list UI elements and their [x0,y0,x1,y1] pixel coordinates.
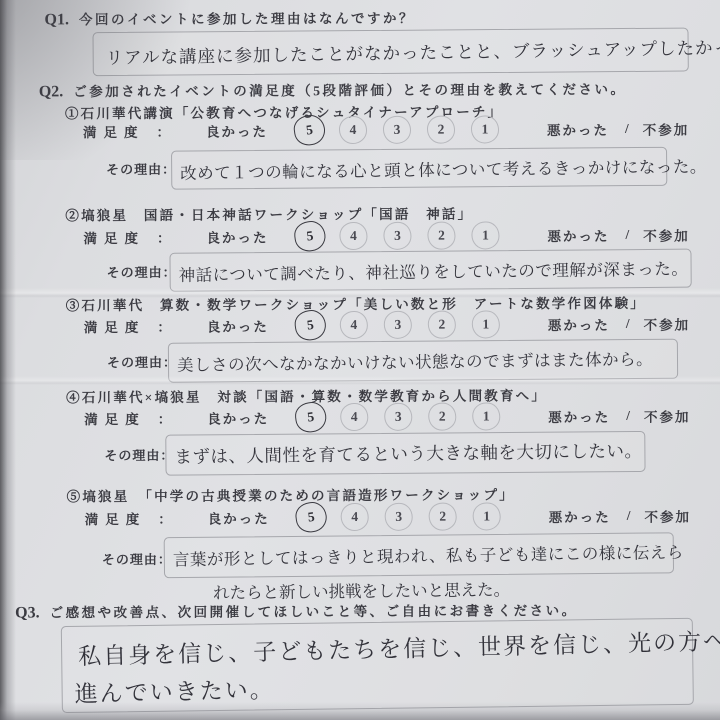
rating-option-5: 5 [292,113,327,147]
separator-slash: / [625,227,629,243]
bad-label: 悪かった [547,225,609,245]
colon: ： [157,227,171,247]
event-2-reason-text: 神話について調べたり、神社巡りをしていたので理解が深まった。 [178,255,688,286]
no-attend-label: 不参加 [644,314,691,334]
event-1-reason-text: 改めて１つの輪になる心と頭と体について考えるきっかけになった。 [180,153,707,184]
rating-option-1: 1 [471,115,499,143]
separator-slash: / [627,508,631,524]
no-attend-label: 不参加 [644,406,691,426]
event-3-reason-label: その理由： [107,352,177,371]
rating-scale: 5 4 3 2 1 [294,114,515,145]
rating-option-3: 3 [384,311,412,339]
q3-label: Q3. [15,604,40,621]
event-3-reason-box: 美しさの次へなかなかいけない状態なのでまずはまた体から。 [168,339,678,383]
rating-option-5: 5 [293,219,328,253]
satisfaction-label: 満足度 [84,408,146,428]
rating-scale: 5 4 3 2 1 [295,309,516,340]
rating-option-5: 5 [294,500,329,534]
rating-option-4: 4 [339,222,367,250]
q1-label: Q1. [44,11,69,28]
rating-option-1: 1 [471,221,499,249]
event-1-reason-label: その理由： [106,159,176,178]
rating-option-3: 3 [385,503,413,531]
bad-label: 悪かった [547,119,609,139]
event-4-reason-text: まずは、人間性を育てるという大きな軸を大切にしたい。 [174,438,642,469]
satisfaction-label: 満足度 [84,316,146,336]
satisfaction-label: 満足度 [85,508,147,528]
colon: ： [156,121,170,141]
survey-photo: Q1.今回のイベントに参加した理由はなんですか？ リアルな講座に参加したことがな… [0,0,720,720]
rating-option-3: 3 [383,222,411,250]
event-4-rating-row: 満足度 ： 良かった 5 4 3 2 1 悪かった / 不参加 [84,401,690,434]
rating-scale: 5 4 3 2 1 [296,501,517,532]
event-4-reason-box: まずは、人間性を育てるという大きな軸を大切にしたい。 [165,431,645,476]
event-2-rating-row: 満足度 ： 良かった 5 4 3 2 1 悪かった / 不参加 [83,220,689,253]
event-3-reason-text: 美しさの次へなかなかいけない状態なのでまずはまた体から。 [177,346,653,376]
rating-option-1: 1 [472,402,500,430]
q1-answer-box: リアルな講座に参加したことがなかったことと、ブラッシュアップしたかった [92,28,688,77]
separator-slash: / [626,408,630,424]
q1-answer-text: リアルな講座に参加したことがなかったことと、ブラッシュアップしたかった [105,34,720,70]
separator-slash: / [626,316,630,332]
rating-option-5: 5 [293,400,328,434]
no-attend-label: 不参加 [644,506,691,526]
rating-option-4: 4 [340,311,368,339]
rating-option-5: 5 [293,308,328,342]
q3-answer-line-2: 進んでいきたい。 [74,671,275,709]
rating-scale: 5 4 3 2 1 [295,401,516,432]
no-attend-label: 不参加 [643,225,690,245]
event-1-reason-box: 改めて１つの輪になる心と頭と体について考えるきっかけになった。 [171,147,667,190]
bad-label: 悪かった [548,314,610,334]
rating-option-4: 4 [339,116,367,144]
rating-option-3: 3 [384,403,412,431]
good-label: 良かった [207,407,269,427]
rating-option-2: 2 [428,403,456,431]
event-1-rating-row: 満足度 ： 良かった 5 4 3 2 1 悪かった / 不参加 [83,114,689,147]
rating-scale: 5 4 3 2 1 [294,220,515,251]
q2-heading: Q2.ご参加されたイベントの満足度（5段階評価）とその理由を教えてください。 [39,78,627,102]
rating-option-1: 1 [472,310,500,338]
good-label: 良かった [207,315,269,335]
event-2-reason-label: その理由： [107,262,177,281]
good-label: 良かった [208,507,270,527]
survey-content: Q1.今回のイベントに参加した理由はなんですか？ リアルな講座に参加したことがな… [0,0,720,720]
event-5-reason-box: 言葉が形としてはっきりと現われ、私も子ども達にこの様に伝えら [164,532,674,578]
separator-slash: / [625,121,629,137]
q3-answer-line-1: 私自身を信じ、子どもたちを信じ、世界を信じ、光の方へ [78,623,720,671]
rating-option-4: 4 [341,503,369,531]
rating-option-3: 3 [383,116,411,144]
rating-option-4: 4 [340,403,368,431]
good-label: 良かった [206,226,268,246]
colon: ： [158,508,172,528]
q3-heading: Q3.ご感想や改善点、次回開催してほしいこと等、ご自由にお書きください。 [15,599,578,622]
bad-label: 悪かった [549,506,611,526]
q1-question: 今回のイベントに参加した理由はなんですか？ [79,11,415,27]
no-attend-label: 不参加 [643,119,690,139]
q2-question: ご参加されたイベントの満足度（5段階評価）とその理由を教えてください。 [73,82,626,99]
satisfaction-label: 満足度 [83,121,145,141]
satisfaction-label: 満足度 [83,227,145,247]
good-label: 良かった [206,120,268,140]
bad-label: 悪かった [548,406,610,426]
rating-option-2: 2 [427,222,455,250]
event-3-rating-row: 満足度 ： 良かった 5 4 3 2 1 悪かった / 不参加 [84,309,690,342]
colon: ： [158,408,172,428]
event-5-rating-row: 満足度 ： 良かった 5 4 3 2 1 悪かった / 不参加 [85,501,691,534]
rating-option-2: 2 [427,116,455,144]
event-4-reason-label: その理由： [104,445,174,464]
event-2-reason-box: 神話について調べたり、神社巡りをしていたので理解が深まった。 [169,249,691,292]
rating-option-2: 2 [428,311,456,339]
q3-question: ご感想や改善点、次回開催してほしいこと等、ご自由にお書きください。 [50,603,578,620]
colon: ： [157,316,171,336]
q2-label: Q2. [39,83,64,100]
q1-heading: Q1.今回のイベントに参加した理由はなんですか？ [44,7,415,30]
event-5-reason-line-1: 言葉が形としてはっきりと現われ、私も子ども達にこの様に伝えら [173,539,684,571]
event-5-reason-label: その理由： [102,549,172,568]
rating-option-1: 1 [473,502,501,530]
rating-option-2: 2 [429,503,457,531]
q3-answer-box: 私自身を信じ、子どもたちを信じ、世界を信じ、光の方へ 進んでいきたい。 [61,618,694,713]
